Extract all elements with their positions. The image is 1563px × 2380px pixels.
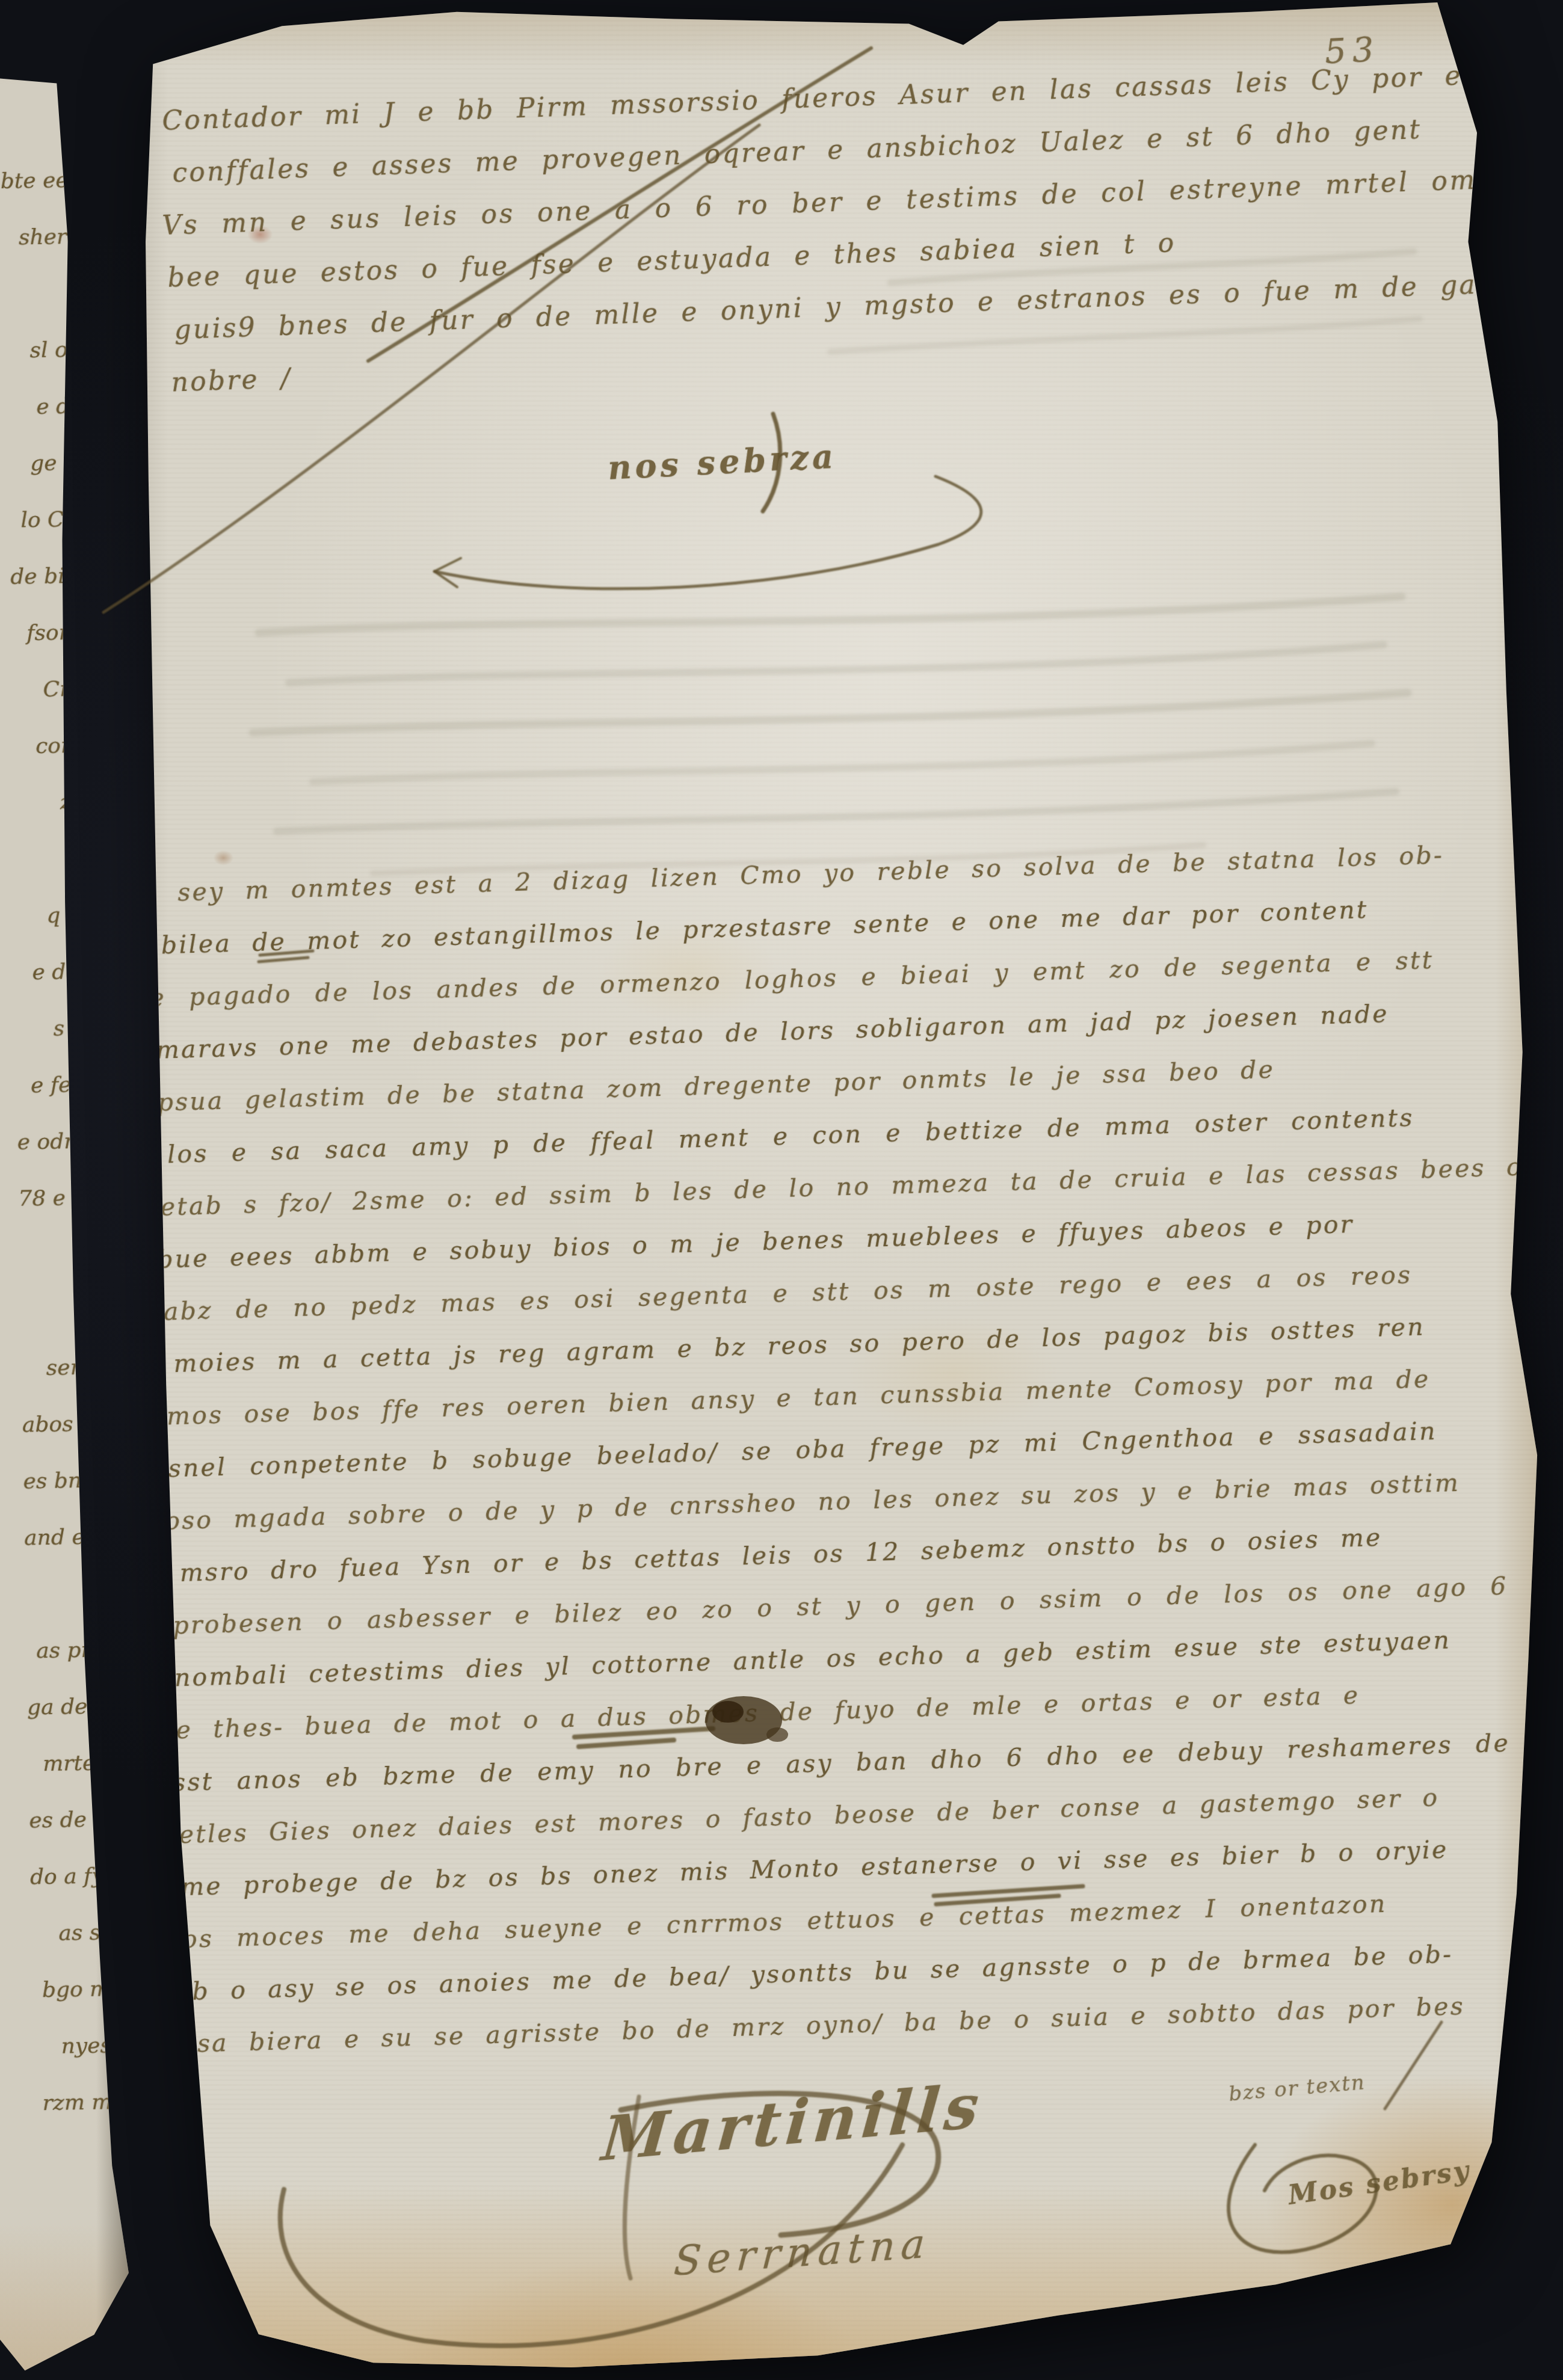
photograph-background: bte eeessheresl oge dege stlo Cmde bilbf…	[0, 0, 1563, 2380]
page-edge-fragment: cong	[10, 717, 101, 775]
page-edge-fragment: e de	[4, 378, 96, 436]
page-edge-fragment: bte eees	[0, 152, 91, 210]
page-edge-fragment	[20, 1282, 111, 1341]
signature-secondary-note: bzs or textn	[1228, 2070, 1367, 2106]
page-edge-fragment: s ss	[15, 1000, 106, 1058]
page-edge-fragment: shere	[1, 208, 93, 266]
page-edge-fragment: as pro	[26, 1622, 117, 1680]
notary-rubric: nos sebrza	[607, 437, 838, 487]
page-edge-fragment: fsonn	[8, 604, 99, 662]
page-edge-fragment: es bnso	[23, 1452, 114, 1510]
page-edge-fragment	[25, 1565, 116, 1623]
facing-page-text-fragments: bte eeessheresl oge dege stlo Cmde bilbf…	[0, 152, 126, 2188]
page-edge-fragment: as st	[31, 1904, 122, 1963]
page-edge-fragment: rzm m	[34, 2074, 125, 2132]
page-edge-fragment	[12, 830, 103, 888]
top-paragraph: Contador mi J e bb Pirm mssorssio fueros…	[161, 48, 1519, 409]
page-edge-fragment: semt	[20, 1339, 112, 1397]
page-edge-fragment: do a fya	[29, 1848, 121, 1906]
page-edge-fragment: ga decop	[26, 1678, 118, 1736]
page-edge-fragment	[34, 2130, 126, 2189]
page-edge-fragment: de bilb	[7, 547, 98, 606]
main-paragraph: sey m onmtes est a 2 dizag lizen Cmo yo …	[150, 826, 1563, 2070]
signature-principal-surname: Serrnatna	[673, 2220, 933, 2284]
page-edge-fragment: Cnn	[9, 660, 100, 719]
page-edge-fragment: e fera	[16, 1056, 107, 1115]
page-edge-fragment: q os	[13, 887, 104, 945]
page-edge-fragment: nyes	[32, 2017, 124, 2076]
page-edge-fragment: abos pn	[22, 1395, 113, 1454]
page-edge-fragment: e den	[14, 943, 105, 1001]
page-edge-fragment: bgo m	[31, 1961, 123, 2019]
page-edge-fragment: lo Cm	[6, 491, 97, 549]
manuscript-page: 53 Contador mi J e bb Pirm mssorssio fue…	[72, 0, 1540, 2370]
page-edge-fragment	[19, 1226, 110, 1284]
signature-secondary-name: Mos sebrsy	[1286, 2155, 1472, 2211]
page-edge-fragment: zis	[11, 773, 102, 832]
facing-page-edge: bte eeessheresl oge dege stlo Cmde bilbf…	[0, 0, 138, 2380]
page-edge-fragment	[2, 265, 93, 323]
page-edge-fragment: mrtes	[28, 1735, 119, 1793]
page-edge-fragment: and em	[23, 1508, 115, 1567]
page-edge-fragment: e odn y	[17, 1113, 108, 1171]
page-edge-fragment: 78 e ob	[18, 1169, 109, 1228]
page-edge-fragment: ge st	[5, 434, 96, 493]
page-edge-fragment: sl og	[3, 321, 94, 380]
page-edge-fragment: es de os	[29, 1791, 120, 1850]
signature-principal-name: Martinills	[599, 2070, 986, 2176]
